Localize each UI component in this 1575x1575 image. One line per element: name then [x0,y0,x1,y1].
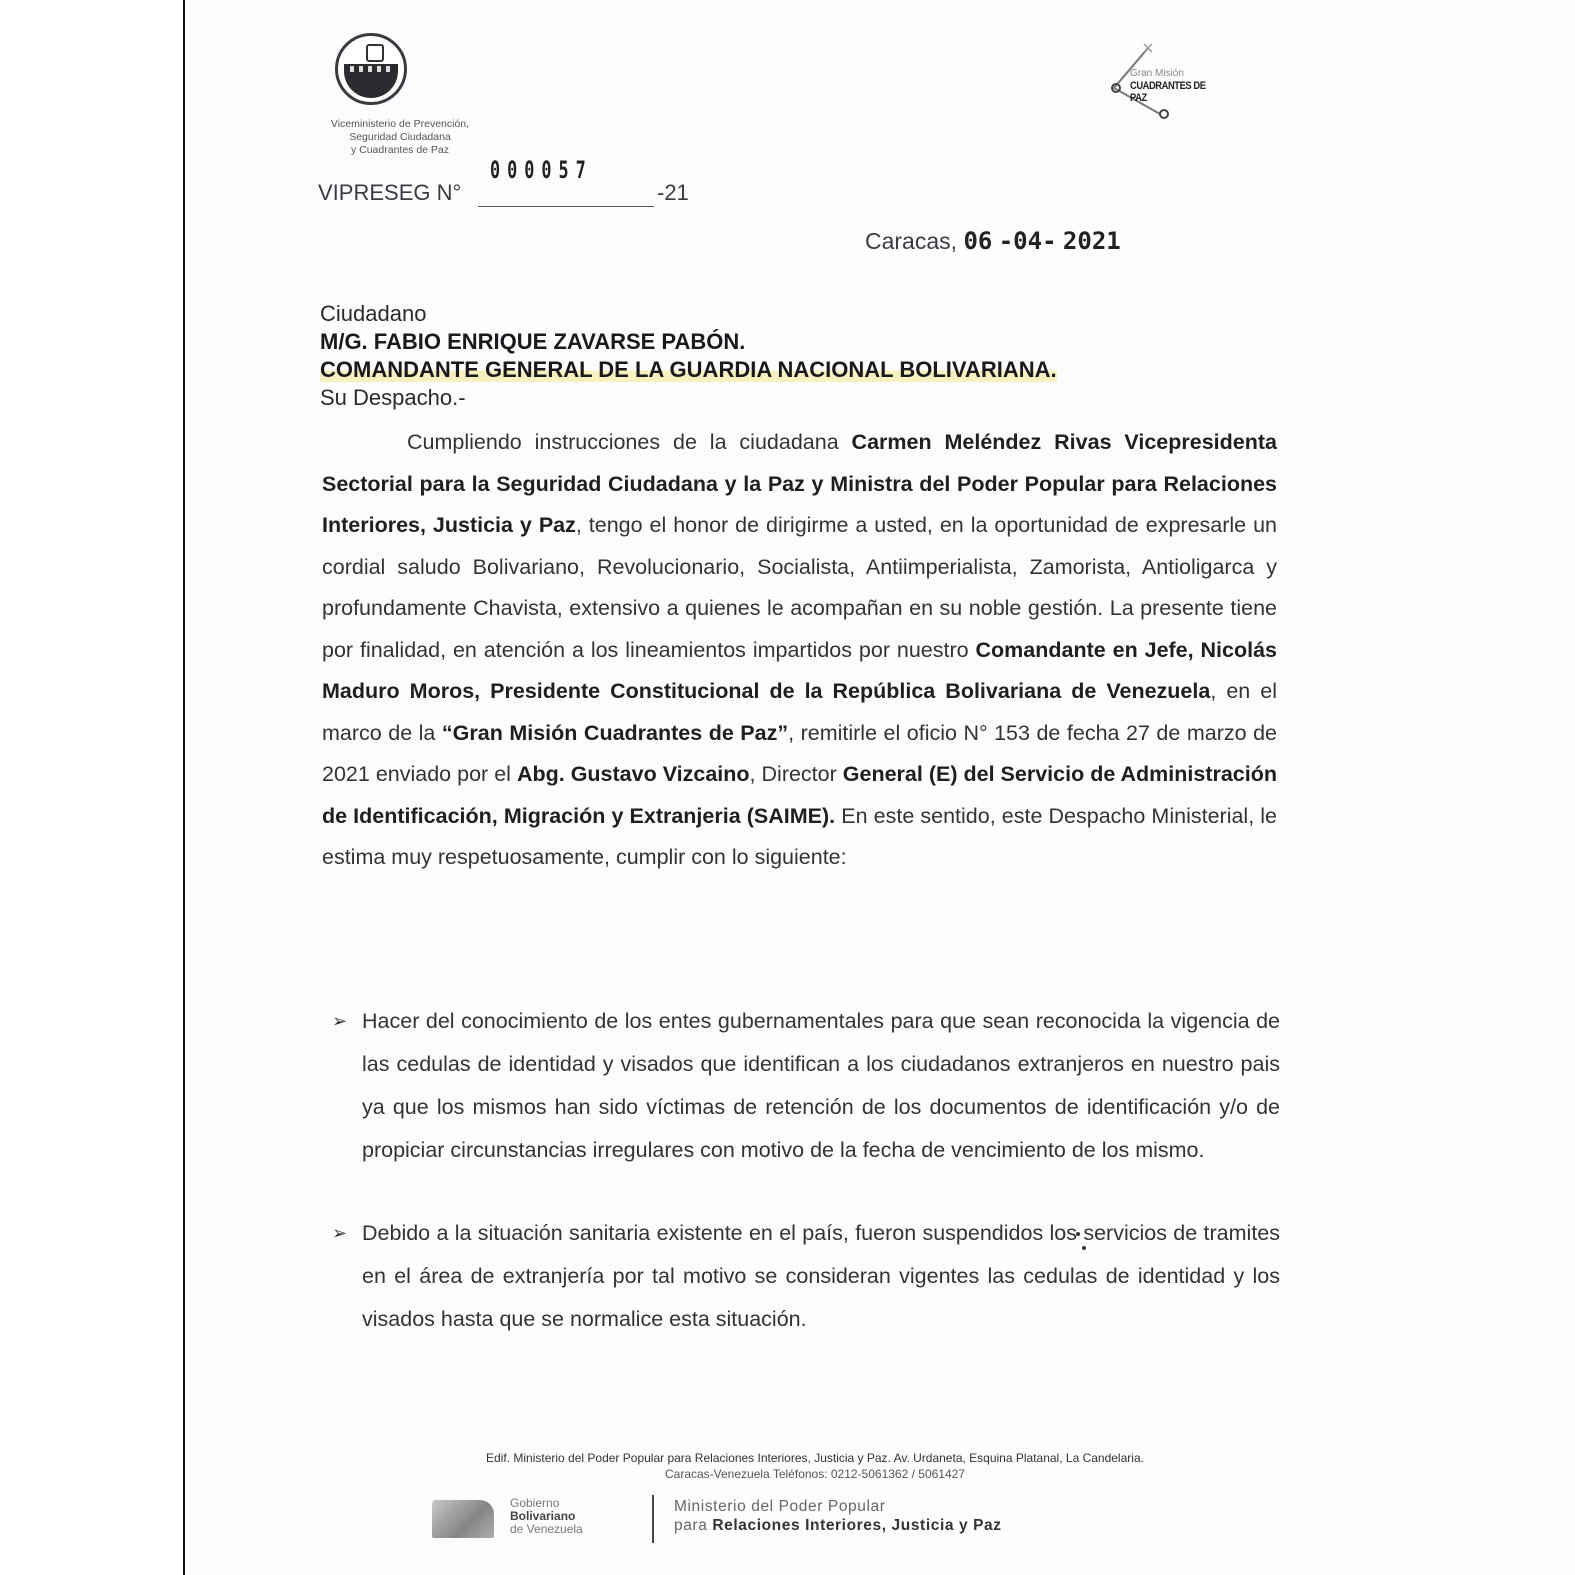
body-text: Cumpliendo instrucciones de la ciudadana [407,430,852,454]
crest-icon [366,44,384,62]
ministry-line-prefix: para [674,1517,712,1534]
body-paragraph: Cumpliendo instrucciones de la ciudadana… [322,422,1277,879]
vice-ministry-line: y Cuadrantes de Paz [300,144,500,157]
footer-address-line: Edif. Ministerio del Poder Popular para … [370,1450,1260,1466]
body-text: , Director [750,762,843,786]
gov-text-line: de Venezuela [510,1523,583,1536]
addressee-block: Ciudadano M/G. FABIO ENRIQUE ZAVARSE PAB… [320,300,1057,412]
arrow-bullet-icon: ➢ [332,1000,347,1043]
list-item: ➢ Hacer del conocimiento de los entes gu… [332,1000,1280,1172]
body-emphasis: “Gran Misión Cuadrantes de Paz” [442,721,788,745]
vice-ministry-name: Viceministerio de Prevención, Seguridad … [300,118,500,157]
gobierno-bolivariano-logo [432,1500,494,1538]
vice-ministry-line: Viceministerio de Prevención, [300,118,500,131]
seal-stars [350,66,392,72]
instruction-list: ➢ Hacer del conocimiento de los entes gu… [332,1000,1280,1381]
reference-suffix: -21 [657,180,689,206]
ministry-line: Ministerio del Poder Popular [674,1497,1002,1516]
program-big-text: CUADRANTES DE PAZ [1130,80,1222,104]
salutation: Ciudadano [320,300,1057,328]
list-item-text: Debido a la situación sanitaria existent… [362,1221,1280,1331]
ministry-name: Ministerio del Poder Popular para Relaci… [674,1497,1002,1535]
ministry-seal-icon [335,33,407,105]
reference-label: VIPRESEG N° [318,180,461,206]
date-city: Caracas, [865,228,957,254]
body-emphasis: Abg. Gustavo Vizcaino [517,762,750,786]
list-item: ➢ Debido a la situación sanitaria existe… [332,1212,1280,1341]
footer-address: Edif. Ministerio del Poder Popular para … [370,1450,1260,1482]
date-year: 2021 [1063,227,1121,255]
date-line: Caracas, 06 -04- 2021 [865,227,1121,255]
program-small-text: Gran Misión [1130,68,1184,79]
reference-underline [478,206,654,207]
list-item-text: Hacer del conocimiento de los entes gube… [362,1009,1280,1162]
ministry-line-bold: Relaciones Interiores, Justicia y Paz [712,1517,1001,1534]
brand-separator [652,1495,654,1543]
scan-left-margin [0,0,183,1575]
reference-number: 000057 [490,156,593,184]
date-day: 06 [963,227,992,255]
gran-mision-cuadrantes-de-paz-logo: Gran Misión CUADRANTES DE PAZ [1108,40,1238,120]
arrow-bullet-icon: ➢ [332,1212,347,1255]
date-month: -04- [999,227,1057,255]
letter-body: Cumpliendo instrucciones de la ciudadana… [322,422,1277,879]
addressee-closing: Su Despacho.- [320,384,1057,412]
addressee-name: M/G. FABIO ENRIQUE ZAVARSE PABÓN. [320,328,1057,356]
footer-phone-line: Caracas-Venezuela Teléfonos: 0212-506136… [370,1466,1260,1482]
vice-ministry-line: Seguridad Ciudadana [300,131,500,144]
footer-brand: Gobierno Bolivariano de Venezuela Minist… [432,1495,1152,1545]
gov-text: Gobierno Bolivariano de Venezuela [510,1497,583,1536]
addressee-position: COMANDANTE GENERAL DE LA GUARDIA NACIONA… [320,357,1057,382]
